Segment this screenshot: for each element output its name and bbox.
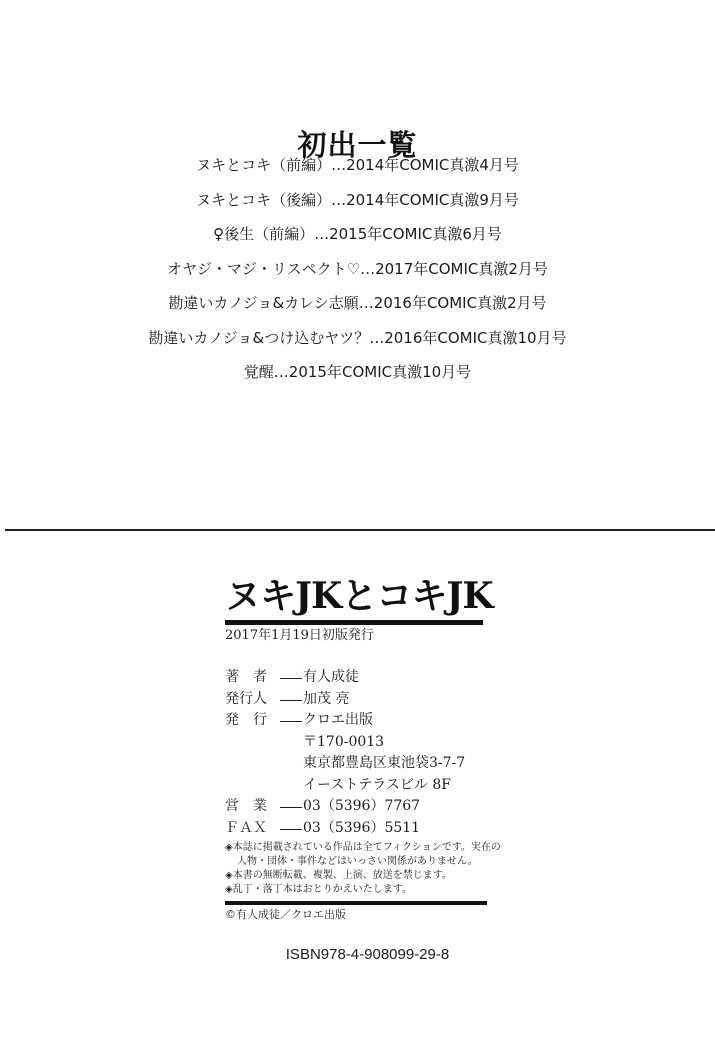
credit-label: 発 行: [225, 710, 280, 732]
credit-author: 著 者 有人成徒: [225, 667, 485, 689]
postal-code: 〒170-0013: [225, 732, 485, 754]
credit-publisher-person: 発行人 加茂 亮: [225, 689, 485, 711]
title-rule: [225, 620, 483, 625]
dash-rule: [280, 807, 302, 818]
notice-defects: ◈乱丁・落丁本はおとりかえいたします。: [225, 883, 485, 897]
isbn: ISBN978-4-908099-29-8: [0, 946, 715, 963]
section-divider: [5, 529, 715, 531]
list-item: ヌキとコキ（前編）…2014年COMIC真激4月号: [0, 148, 715, 183]
credit-value: 加茂 亮: [303, 689, 349, 711]
publication-date: 2017年1月19日初版発行: [225, 626, 485, 646]
credit-value: クロエ出版: [303, 710, 373, 732]
dash-rule: [280, 721, 302, 732]
contact-sales: 営 業 03（5396）7767: [225, 796, 485, 818]
legal-notices: ◈本誌に掲載されている作品は全てフィクションです。実在の 人物・団体・事件などは…: [225, 841, 485, 897]
notice-reproduction: ◈本書の無断転載、複製、上演、放送を禁じます。: [225, 869, 485, 883]
list-item: ヌキとコキ（後編）…2014年COMIC真激9月号: [0, 183, 715, 218]
list-item: 勘違いカノジョ&カレシ志願…2016年COMIC真激2月号: [0, 286, 715, 321]
contact-value: 03（5396）5511: [303, 818, 420, 840]
contact-label: 営 業: [225, 796, 280, 818]
credit-label: 発行人: [225, 689, 280, 711]
address-line: 東京都豊島区東池袋3-7-7: [225, 753, 485, 775]
dash-rule: [280, 700, 302, 711]
copyright: ©有人成徒／クロエ出版: [225, 906, 485, 924]
contact-value: 03（5396）7767: [303, 796, 420, 818]
bottom-rule: [225, 901, 487, 905]
dash-rule: [280, 678, 302, 689]
credit-value: 有人成徒: [303, 667, 359, 689]
list-item: オヤジ・マジ・リスペクト♡…2017年COMIC真激2月号: [0, 252, 715, 287]
contact-fax: ＦＡＸ 03（5396）5511: [225, 818, 485, 840]
colophon: ヌキJKとコキJK 2017年1月19日初版発行 著 者 有人成徒 発行人 加茂…: [225, 574, 485, 924]
list-item: 覚醒…2015年COMIC真激10月号: [0, 355, 715, 390]
credit-publisher: 発 行 クロエ出版: [225, 710, 485, 732]
first-publication-list: ヌキとコキ（前編）…2014年COMIC真激4月号 ヌキとコキ（後編）…2014…: [0, 148, 715, 390]
dash-rule: [280, 829, 302, 840]
book-title: ヌキJKとコキJK: [225, 574, 485, 618]
credit-label: 著 者: [225, 667, 280, 689]
credits: 著 者 有人成徒 発行人 加茂 亮 発 行 クロエ出版 〒170-0013 東京…: [225, 667, 485, 839]
list-item: 勘違いカノジョ&つけ込むヤツ？…2016年COMIC真激10月号: [0, 321, 715, 356]
list-item: ♀後生（前編）…2015年COMIC真激6月号: [0, 217, 715, 252]
notice-fiction-cont: 人物・団体・事件などはいっさい関係がありません。: [225, 855, 485, 869]
contact-label: ＦＡＸ: [225, 818, 280, 840]
building-line: イーストテラスビル 8F: [225, 775, 485, 797]
notice-fiction: ◈本誌に掲載されている作品は全てフィクションです。実在の: [225, 841, 485, 855]
